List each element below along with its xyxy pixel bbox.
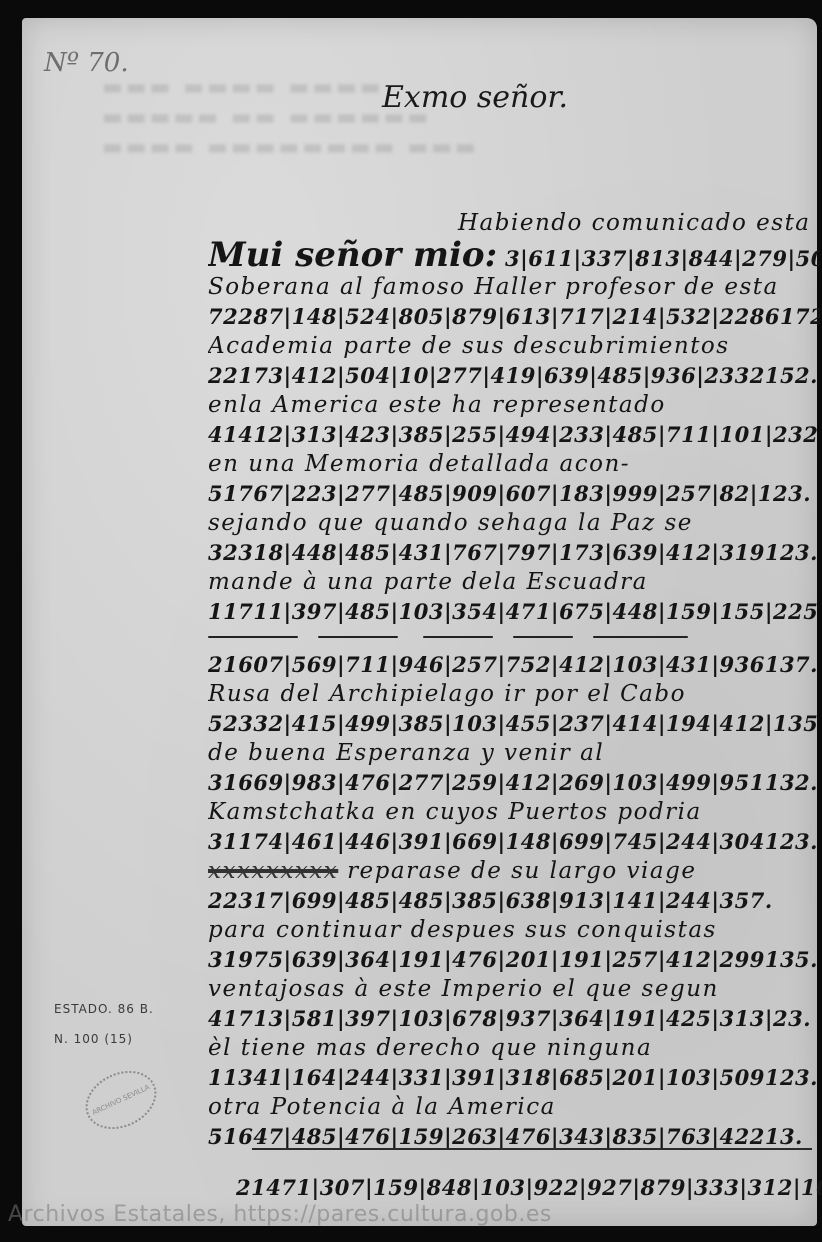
cipher-line: 11341|164|244|331|391|318|685|201|103|50… <box>208 1063 820 1092</box>
text-line: Soberana al famoso Haller profesor de es… <box>208 272 820 302</box>
text-line: Academia parte de sus descubrimientos <box>208 331 820 361</box>
cipher-line: 11711|397|485|103|354|471|675|448|159|15… <box>208 597 820 626</box>
cipher-line: 32318|448|485|431|767|797|173|639|412|31… <box>208 538 820 567</box>
text-line: Rusa del Archipielago ir por el Cabo <box>208 679 820 709</box>
text-line: en una Memoria detallada acon- <box>208 449 820 479</box>
text-content: reparase de su largo viage <box>347 858 696 884</box>
cipher-line: 51767|223|277|485|909|607|183|999|257|82… <box>208 479 820 508</box>
archive-reference-line2: N. 100 (15) <box>54 1024 154 1054</box>
text-line: sejando que quando sehaga la Paz se <box>208 508 820 538</box>
section-divider <box>208 626 820 650</box>
cipher-line: 52332|415|499|385|103|455|237|414|194|41… <box>208 709 820 738</box>
text-line: enla America este ha representado <box>208 390 820 420</box>
manuscript-page: ▬▬▬ ▬▬▬▬ ▬▬▬▬▬▬▬▬▬ ▬▬ ▬▬▬▬▬▬▬▬▬▬ ▬▬▬▬▬▬▬… <box>22 18 817 1226</box>
text-line: èl tiene mas derecho que ninguna <box>208 1033 820 1063</box>
cipher-text: 3|611|337|813|844|279|504123. <box>505 246 820 271</box>
archive-reference-line1: ESTADO. 86 B. <box>54 994 154 1024</box>
cipher-line: 31975|639|364|191|476|201|191|257|412|29… <box>208 945 820 974</box>
text-line: Kamstchatka en cuyos Puertos podria <box>208 797 820 827</box>
document-number: Nº 70. <box>44 48 129 78</box>
cipher-line: 72287|148|524|805|879|613|717|214|532|22… <box>208 302 820 331</box>
cipher-line: 41713|581|397|103|678|937|364|191|425|31… <box>208 1004 820 1033</box>
watermark: Archivos Estatales, https://pares.cultur… <box>8 1202 552 1227</box>
cipher-line: 21607|569|711|946|257|752|412|103|431|93… <box>208 650 820 679</box>
intro-line: Habiendo comunicado esta <box>208 208 820 238</box>
text-line: para continuar despues sus conquistas <box>208 915 820 945</box>
cipher-line: 22173|412|504|10|277|419|639|485|936|233… <box>208 361 820 390</box>
struck-out-word: xxxxxxxxx <box>208 858 338 884</box>
archive-stamp-icon: ARCHIVO SEVILLA <box>76 1060 166 1140</box>
opening-greeting: Mui señor mio: <box>208 238 497 272</box>
cipher-line: 22317|699|485|485|385|638|913|141|244|35… <box>208 886 820 915</box>
cipher-line: 31669|983|476|277|259|412|269|103|499|95… <box>208 768 820 797</box>
cipher-line: 31174|461|446|391|669|148|699|745|244|30… <box>208 827 820 856</box>
letter-body: Habiendo comunicado esta Mui señor mio: … <box>208 208 820 1151</box>
final-cipher-line: 21471|307|159|848|103|922|927|879|333|31… <box>236 1173 822 1202</box>
final-divider <box>252 1148 812 1150</box>
text-line: de buena Esperanza y venir al <box>208 738 820 768</box>
cipher-line: 41412|313|423|385|255|494|233|485|711|10… <box>208 420 820 449</box>
text-line: mande à una parte dela Escuadra <box>208 567 820 597</box>
text-line-with-strikeout: xxxxxxxxx reparase de su largo viage <box>208 856 820 886</box>
text-line: otra Potencia à la America <box>208 1092 820 1122</box>
salutation: Exmo señor. <box>382 80 568 115</box>
cipher-line: 51647|485|476|159|263|476|343|835|763|42… <box>208 1122 820 1151</box>
archive-reference: ESTADO. 86 B. N. 100 (15) <box>54 994 154 1054</box>
opening-cipher-line: Mui señor mio: 3|611|337|813|844|279|504… <box>208 238 820 272</box>
text-line: ventajosas à este Imperio el que segun <box>208 974 820 1004</box>
